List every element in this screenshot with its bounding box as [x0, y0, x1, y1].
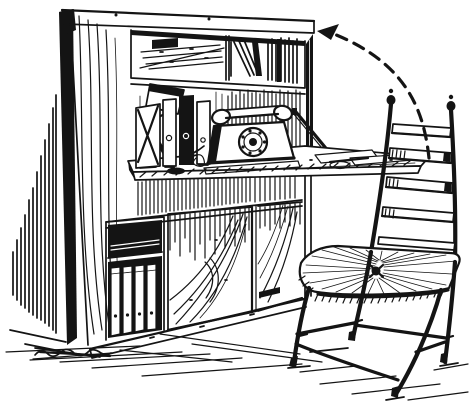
lamp-base [167, 168, 185, 175]
door-handle [259, 287, 280, 298]
secretary-desk-illustration: black ink line drawing on white paper [0, 0, 470, 405]
box-files [136, 95, 210, 168]
open-left-door [10, 9, 77, 345]
rush-seat [299, 246, 460, 303]
chair-finials [387, 89, 456, 111]
binder-shelf-column [106, 217, 164, 340]
chair-stretchers [296, 323, 446, 380]
sliding-door-left [168, 207, 252, 330]
fold-arrow [317, 24, 429, 158]
lower-cabinet [90, 200, 306, 358]
sliding-door-right [258, 202, 302, 311]
illustration-canvas: black ink line drawing on white paper [0, 0, 470, 405]
cabinet [10, 9, 314, 358]
screw-dot [208, 18, 211, 21]
flat-papers [140, 38, 224, 69]
door-divider [252, 206, 256, 312]
arrowhead [317, 24, 339, 40]
top-cornice [62, 10, 314, 33]
chair-ladder-slats [378, 124, 455, 250]
screw-dot [115, 14, 118, 17]
